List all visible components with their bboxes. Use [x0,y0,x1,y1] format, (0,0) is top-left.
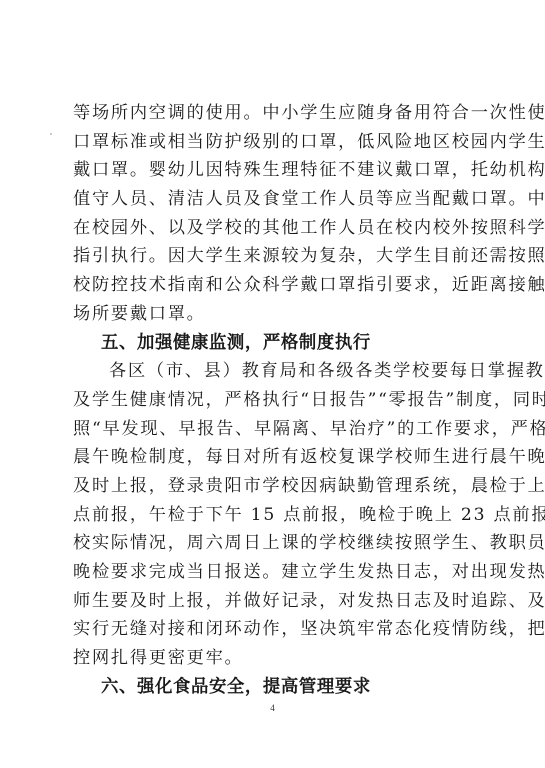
text-line: 各区（市、县）教育局和各级各类学校要每日掌握教职员工 [73,357,477,386]
document-page: 等场所内空调的使用。中小学生应随身备用符合一次性使用医用 口罩标准或相当防护级别… [0,0,545,768]
text-line: 及时上报，登录贵阳市学校因病缺勤管理系统，晨检于上午 10 [73,472,477,501]
text-line: 控网扎得更密更牢。 [73,644,477,673]
text-line: 在校园外、以及学校的其他工作人员在校内校外按照科学戴口罩 [73,214,477,243]
section-heading-5: 五、加强健康监测，严格制度执行 [73,329,477,358]
text-line: 晨午晚检制度，每日对所有返校复课学校师生进行晨午晚三检并 [73,443,477,472]
page-number: 4 [0,703,545,713]
text-line: 值守人员、清洁人员及食堂工作人员等应当配戴口罩。中小学生 [73,185,477,214]
text-line: 校实际情况，周六周日上课的学校继续按照学生、教职员工晨午 [73,529,477,558]
text-line: 师生要及时上报，并做好记录，对发热日志及时追踪、及时销账， [73,587,477,616]
text-line: 口罩标准或相当防护级别的口罩，低风险地区校园内学生不需配 [73,128,477,157]
section-heading-6: 六、强化食品安全，提高管理要求 [73,673,477,702]
text-line: 场所要戴口罩。 [73,300,477,329]
document-body: 等场所内空调的使用。中小学生应随身备用符合一次性使用医用 口罩标准或相当防护级别… [73,99,477,701]
text-line: 校防控技术指南和公众科学戴口罩指引要求，近距离接触和密闭 [73,271,477,300]
text-line: 点前报，午检于下午 15 点前报，晚检于晚上 23 点前报。根据学 [73,501,477,530]
text-line: 晚检要求完成当日报送。建立学生发热日志，对出现发热情况的 [73,558,477,587]
text-line: 指引执行。因大学生来源较为复杂，大学生目前还需按照大专院 [73,242,477,271]
margin-mark [50,133,52,135]
text-line: 等场所内空调的使用。中小学生应随身备用符合一次性使用医用 [73,99,477,128]
text-line: 及学生健康情况，严格执行“日报告”“零报告”制度，同时按 [73,386,477,415]
text-line: 实行无缝对接和闭环动作，坚决筑牢常态化疫情防线，把疫情防 [73,615,477,644]
text-line: 照“早发现、早报告、早隔离、早治疗”的工作要求，严格落实 [73,415,477,444]
text-line: 戴口罩。婴幼儿因特殊生理特征不建议戴口罩，托幼机构教师、 [73,156,477,185]
